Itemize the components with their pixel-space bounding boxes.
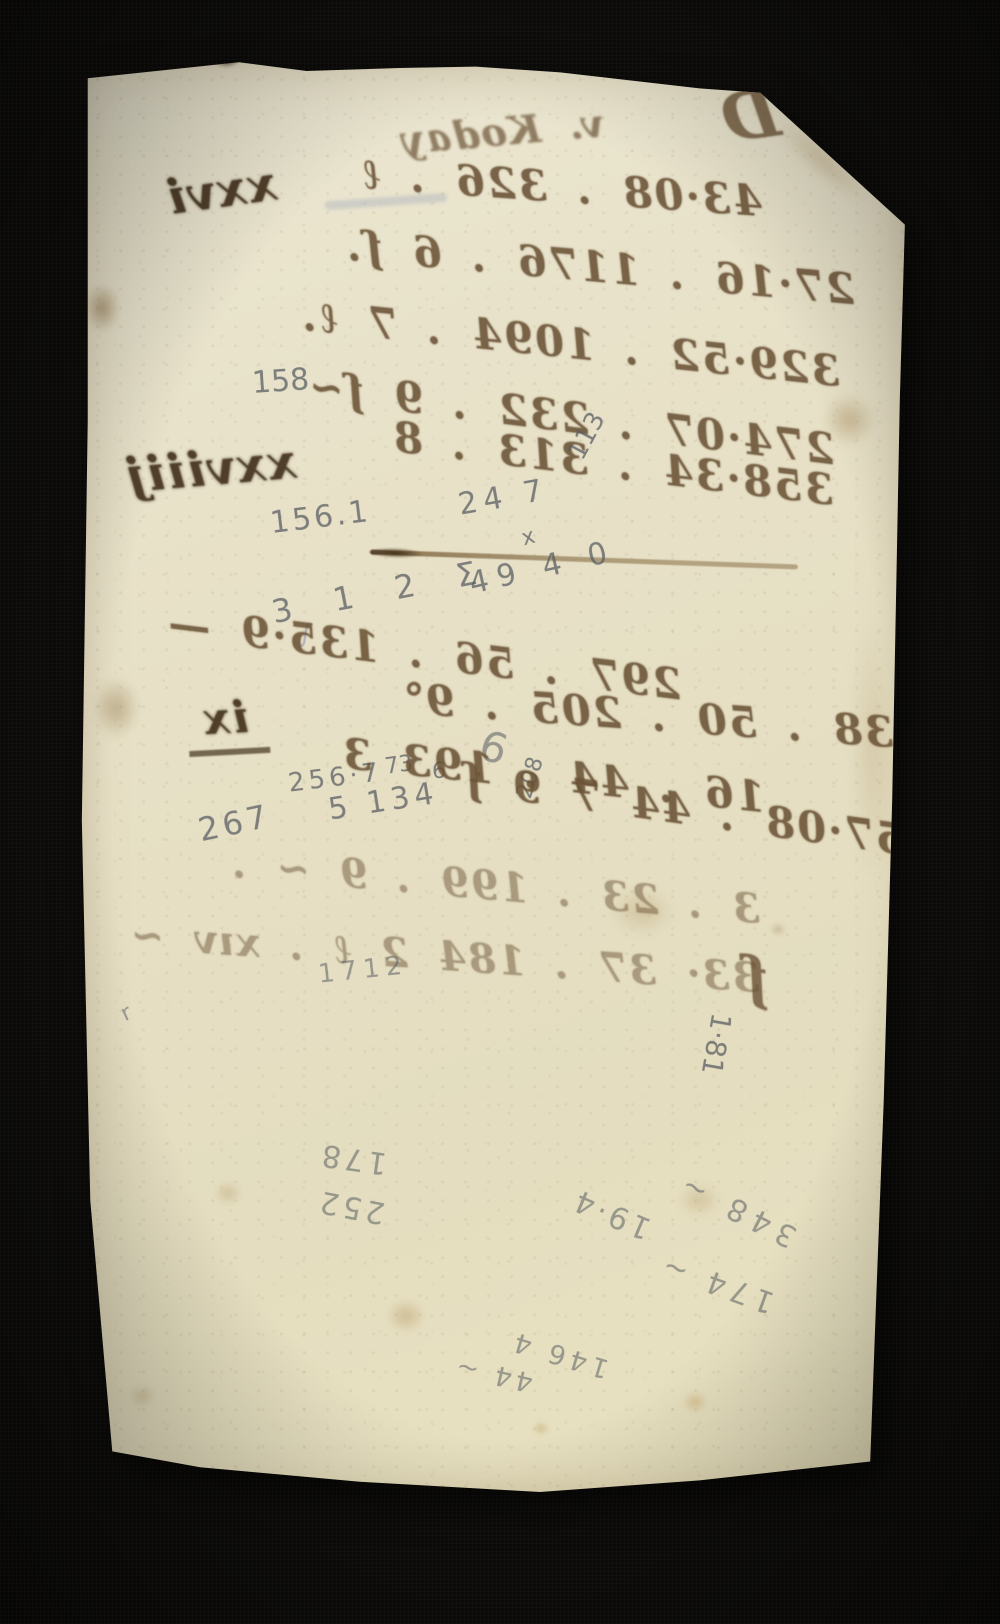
stain bbox=[92, 677, 140, 739]
pencil-note-19-4: 19·4 bbox=[567, 1183, 655, 1243]
ink-row-10: 3 . 23 . 199 . 9 ~ . bbox=[229, 844, 762, 930]
pencil-note-178: 178 bbox=[316, 1138, 389, 1177]
stain bbox=[386, 1299, 426, 1333]
pencil-note-174: 174 ~ bbox=[654, 1247, 779, 1317]
pencil-note-24-7: 24 7 bbox=[456, 475, 551, 520]
stain bbox=[765, 106, 880, 214]
ink-row-1-margin: xxvi bbox=[162, 159, 279, 222]
pencil-note-158: 158 bbox=[251, 365, 310, 399]
pencil-note-156-1: 156.1 bbox=[269, 497, 373, 539]
ink-row-5-margin: xxviiij bbox=[123, 438, 298, 501]
pencil-note-r: r bbox=[118, 1002, 135, 1026]
stain bbox=[770, 923, 786, 936]
pencil-note-x: x bbox=[519, 526, 537, 551]
header-script: v. Koday bbox=[399, 104, 605, 160]
manuscript-photo: ʃ D v. Koday xxvi 43·08 . 326 . ℓ 27·16 … bbox=[0, 0, 1000, 1624]
pencil-note-348: 348 ~ bbox=[670, 1165, 801, 1252]
stain bbox=[128, 1385, 156, 1407]
ink-row-2: 27·16 . 1176 . 6 ſ. bbox=[344, 225, 856, 311]
stain bbox=[682, 1391, 708, 1413]
ink-row-1: 43·08 . 326 . ℓ bbox=[359, 153, 764, 223]
stain bbox=[532, 1421, 550, 1436]
stain bbox=[84, 283, 120, 333]
stain bbox=[212, 52, 240, 68]
ink-row-7-margin: ix bbox=[187, 695, 271, 757]
pencil-note-1-81: 1·81 bbox=[697, 1011, 735, 1077]
stain bbox=[214, 1181, 242, 1205]
header-flourish: D bbox=[716, 79, 784, 153]
ink-row-11: 33· 37 . 184 2 ℓ . xıv ~ bbox=[127, 915, 761, 999]
pencil-note-252: 252 bbox=[314, 1185, 388, 1228]
pencil-note-1712: 1712 bbox=[317, 952, 409, 987]
manuscript-paper: ʃ D v. Koday xxvi 43·08 . 326 . ℓ 27·16 … bbox=[70, 55, 915, 1505]
